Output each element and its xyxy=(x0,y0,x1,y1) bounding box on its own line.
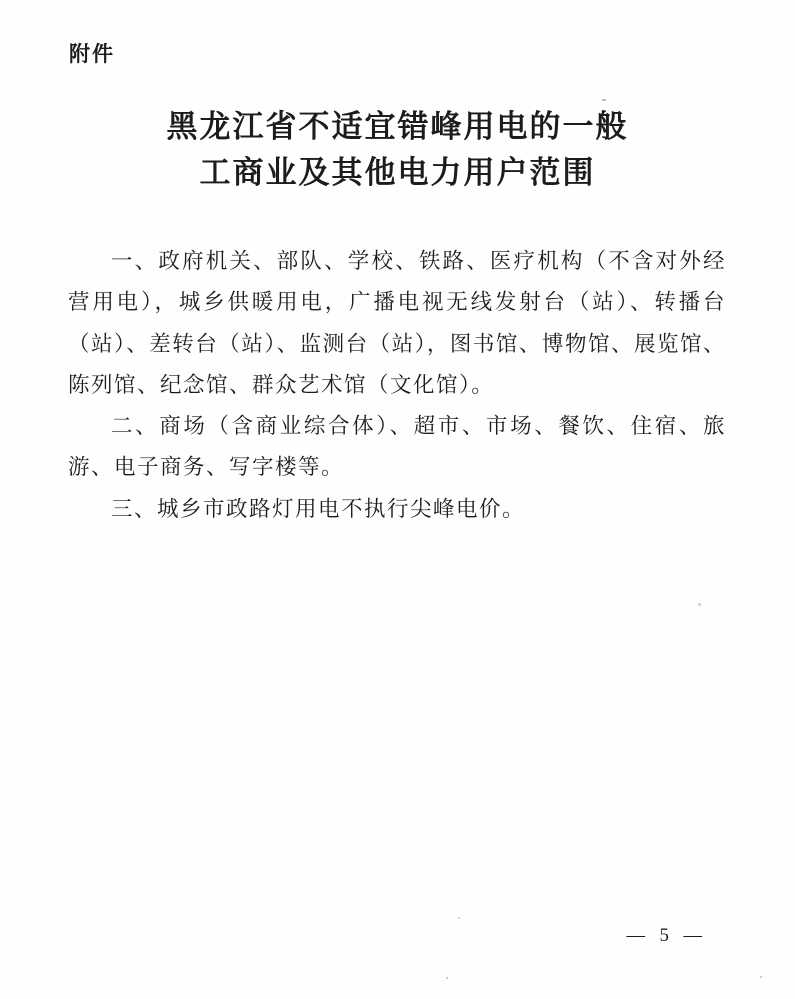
document-title-line-1: 黑龙江省不适宜错峰用电的一般 xyxy=(0,104,795,150)
paragraph-item-1: 一、政府机关、部队、学校、铁路、医疗机构（不含对外经营用电），城乡供暖用电，广播… xyxy=(68,241,726,406)
scan-speck xyxy=(458,917,460,919)
document-title: 黑龙江省不适宜错峰用电的一般 工商业及其他电力用户范围 xyxy=(0,104,795,196)
attachment-label: 附件 xyxy=(69,38,115,68)
paragraph-item-2: 二、商场（含商业综合体）、超市、市场、餐饮、住宿、旅游、电子商务、写字楼等。 xyxy=(68,406,726,489)
scan-speck xyxy=(602,99,606,101)
document-title-line-2: 工商业及其他电力用户范围 xyxy=(0,150,795,196)
paragraph-item-3: 三、城乡市政路灯用电不执行尖峰电价。 xyxy=(68,489,726,530)
scan-speck xyxy=(446,977,448,979)
scan-speck xyxy=(760,976,762,978)
scanned-document-page: 附件 黑龙江省不适宜错峰用电的一般 工商业及其他电力用户范围 一、政府机关、部队… xyxy=(0,0,795,999)
page-number: — 5 — xyxy=(627,926,708,947)
document-body: 一、政府机关、部队、学校、铁路、医疗机构（不含对外经营用电），城乡供暖用电，广播… xyxy=(68,241,726,530)
scan-speck xyxy=(698,603,701,606)
